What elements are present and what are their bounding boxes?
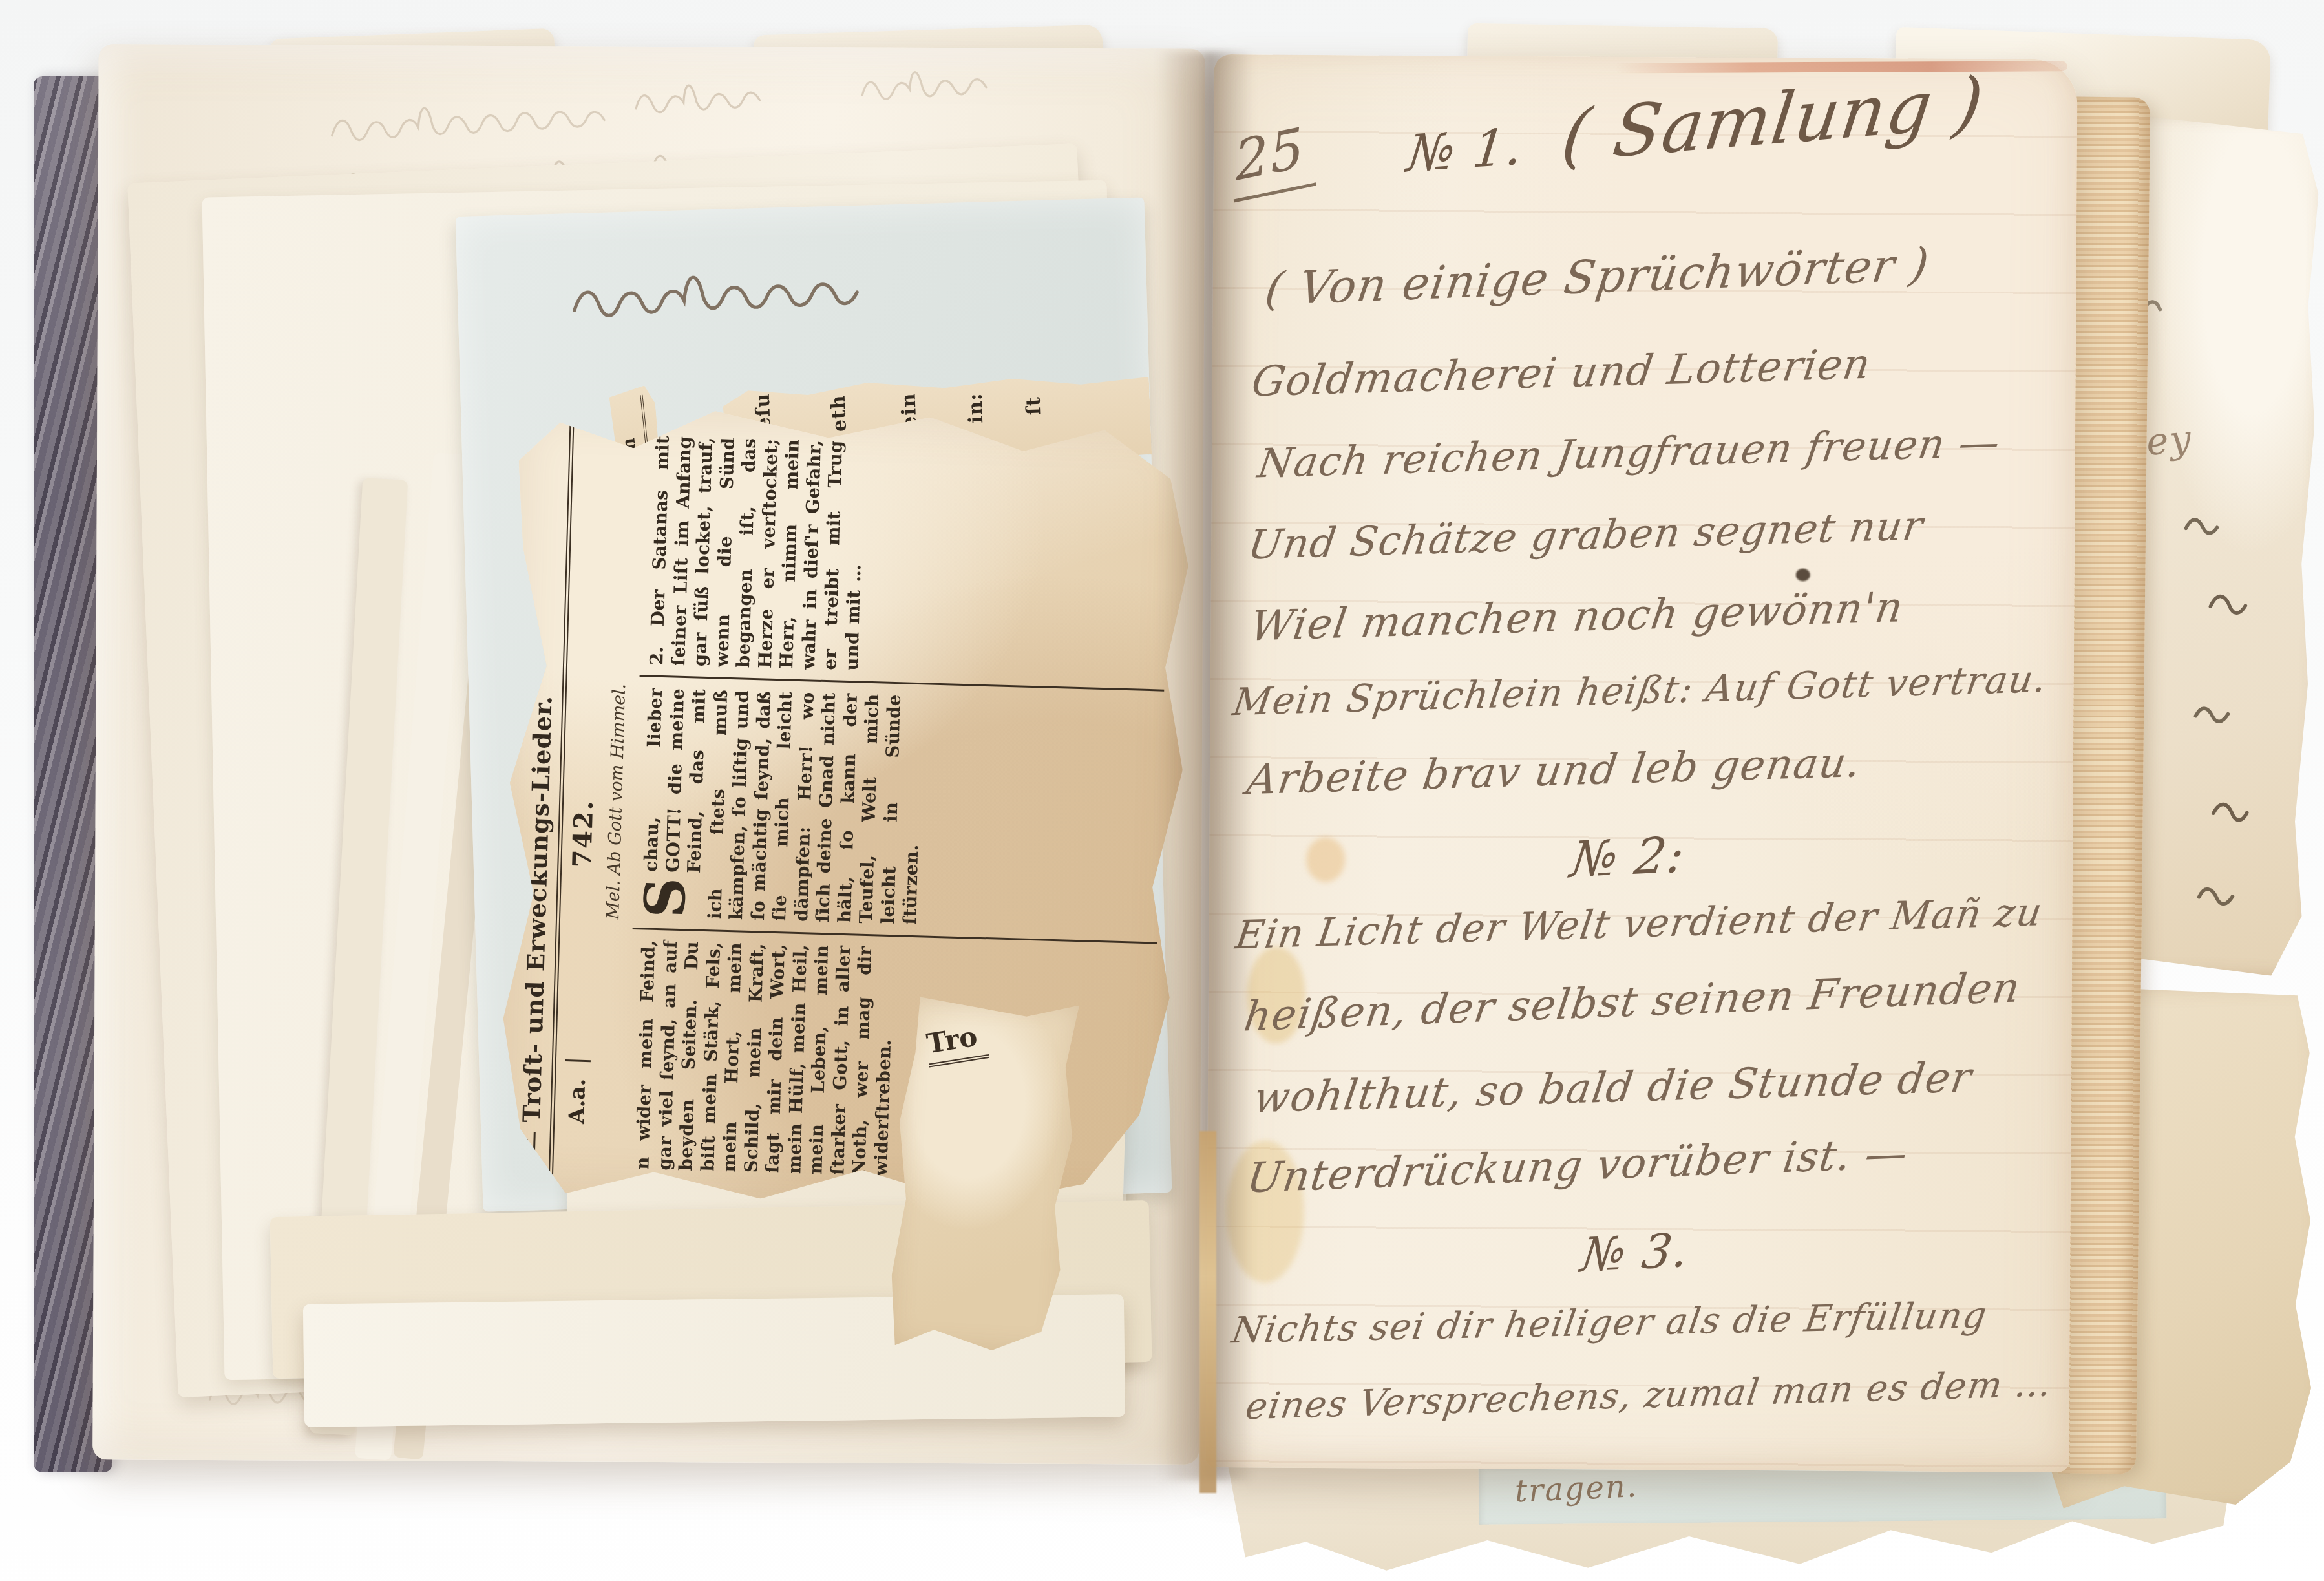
printed-edge-word: ſt	[1022, 396, 1046, 416]
printed-edge-word: in:	[964, 392, 988, 424]
hymn-number: 742.	[567, 800, 599, 869]
fragment-column-middle: Schau, lieber GOTT! die meine Feind, das…	[633, 677, 1165, 944]
blue-strip-word: tragen.	[1514, 1468, 1638, 1509]
section-2-label: № 2:	[1567, 825, 1688, 889]
page-top-red-edge	[1615, 61, 2067, 73]
printed-fragment-text: 61. Troſt- und Erweckungs-Lieder. A.a. 7…	[512, 421, 1179, 1194]
spine-gap	[1199, 1131, 1216, 1493]
fragment-column-right: 2. Der Satanas mit ſeiner Liſt im Anfang…	[640, 425, 1172, 692]
fragment-ref: A.a.	[564, 1059, 591, 1124]
printed-scrap: Tro	[888, 996, 1079, 1353]
printed-fragment: 61. Troſt- und Erweckungs-Lieder. A.a. 7…	[498, 406, 1192, 1211]
printed-edge-word: eth	[827, 394, 851, 432]
section-1-label: № 1.	[1404, 118, 1526, 184]
ink-blot	[1796, 568, 1810, 581]
fragment-column-left: n wider mein Feind, gar viel ſeynd, an a…	[626, 929, 1157, 1194]
photo-scene: Frieden Jeſuetheinin:ſt 61. Troſt- und E…	[0, 0, 2324, 1581]
section-3-label: № 3.	[1578, 1222, 1692, 1282]
right-page: 25 № 1. ( Samlung ) ( Von einige Sprüchw…	[1205, 54, 2077, 1472]
foxing-stain	[1306, 837, 1345, 882]
fragment-columns: n wider mein Feind, gar viel ſeynd, an a…	[626, 425, 1171, 1194]
scrap-text: Tro	[923, 1019, 989, 1068]
